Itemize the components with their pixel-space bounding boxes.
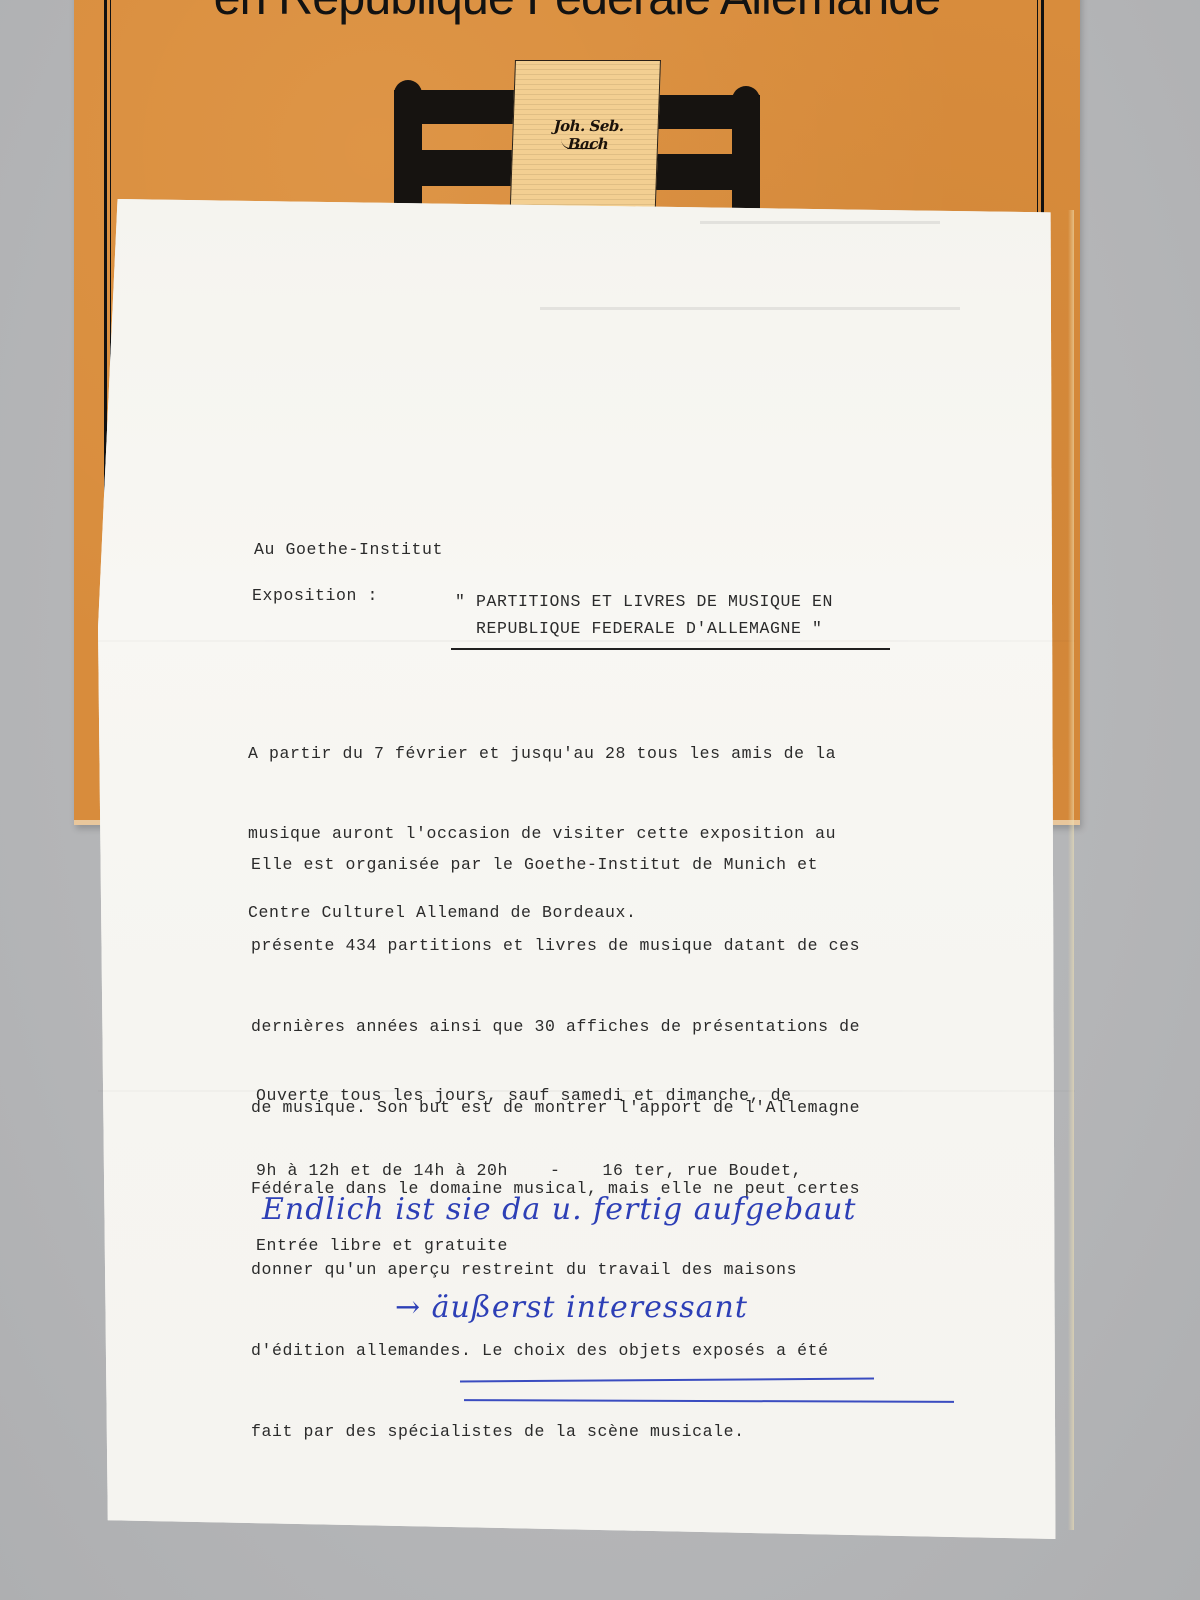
text-line: A partir du 7 février et jusqu'au 28 tou…	[248, 741, 836, 768]
ghost-mark	[540, 307, 960, 310]
text-line: présente 434 partitions et livres de mus…	[251, 932, 860, 959]
address-line: Au Goethe-Institut	[254, 540, 443, 559]
ghost-mark	[700, 221, 940, 224]
text-line: Entrée libre et gratuite	[256, 1233, 802, 1258]
exhibition-title-line2: REPUBLIQUE FEDERALE D'ALLEMAGNE "	[476, 619, 823, 638]
text-line: Ouverte tous les jours, sauf samedi et d…	[256, 1083, 802, 1108]
exhibition-label: Exposition :	[252, 586, 378, 605]
sheet-fold-line	[98, 640, 1075, 642]
handwritten-note-line1: Endlich ist sie da u. fertig aufgebaut	[262, 1192, 856, 1227]
title-underline	[451, 648, 890, 650]
text-line: 9h à 12h et de 14h à 20h - 16 ter, rue B…	[256, 1158, 802, 1183]
booklet-title: en République Fédérale Allemande	[89, 0, 1065, 26]
signature-flourish	[561, 139, 601, 149]
handwritten-note-line2: → äußerst interessant	[395, 1290, 748, 1325]
paragraph-hours: Ouverte tous les jours, sauf samedi et d…	[256, 1033, 802, 1283]
bach-manuscript-illustration: Joh. Seb. Bach	[509, 60, 661, 230]
exhibition-title-line1: " PARTITIONS ET LIVRES DE MUSIQUE EN	[455, 592, 833, 611]
sheet-edge	[1068, 210, 1074, 1530]
text-line: d'édition allemandes. Le choix des objet…	[251, 1337, 860, 1364]
text-line: fait par des spécialistes de la scène mu…	[251, 1418, 860, 1445]
text-line: Elle est organisée par le Goethe-Institu…	[251, 851, 860, 878]
